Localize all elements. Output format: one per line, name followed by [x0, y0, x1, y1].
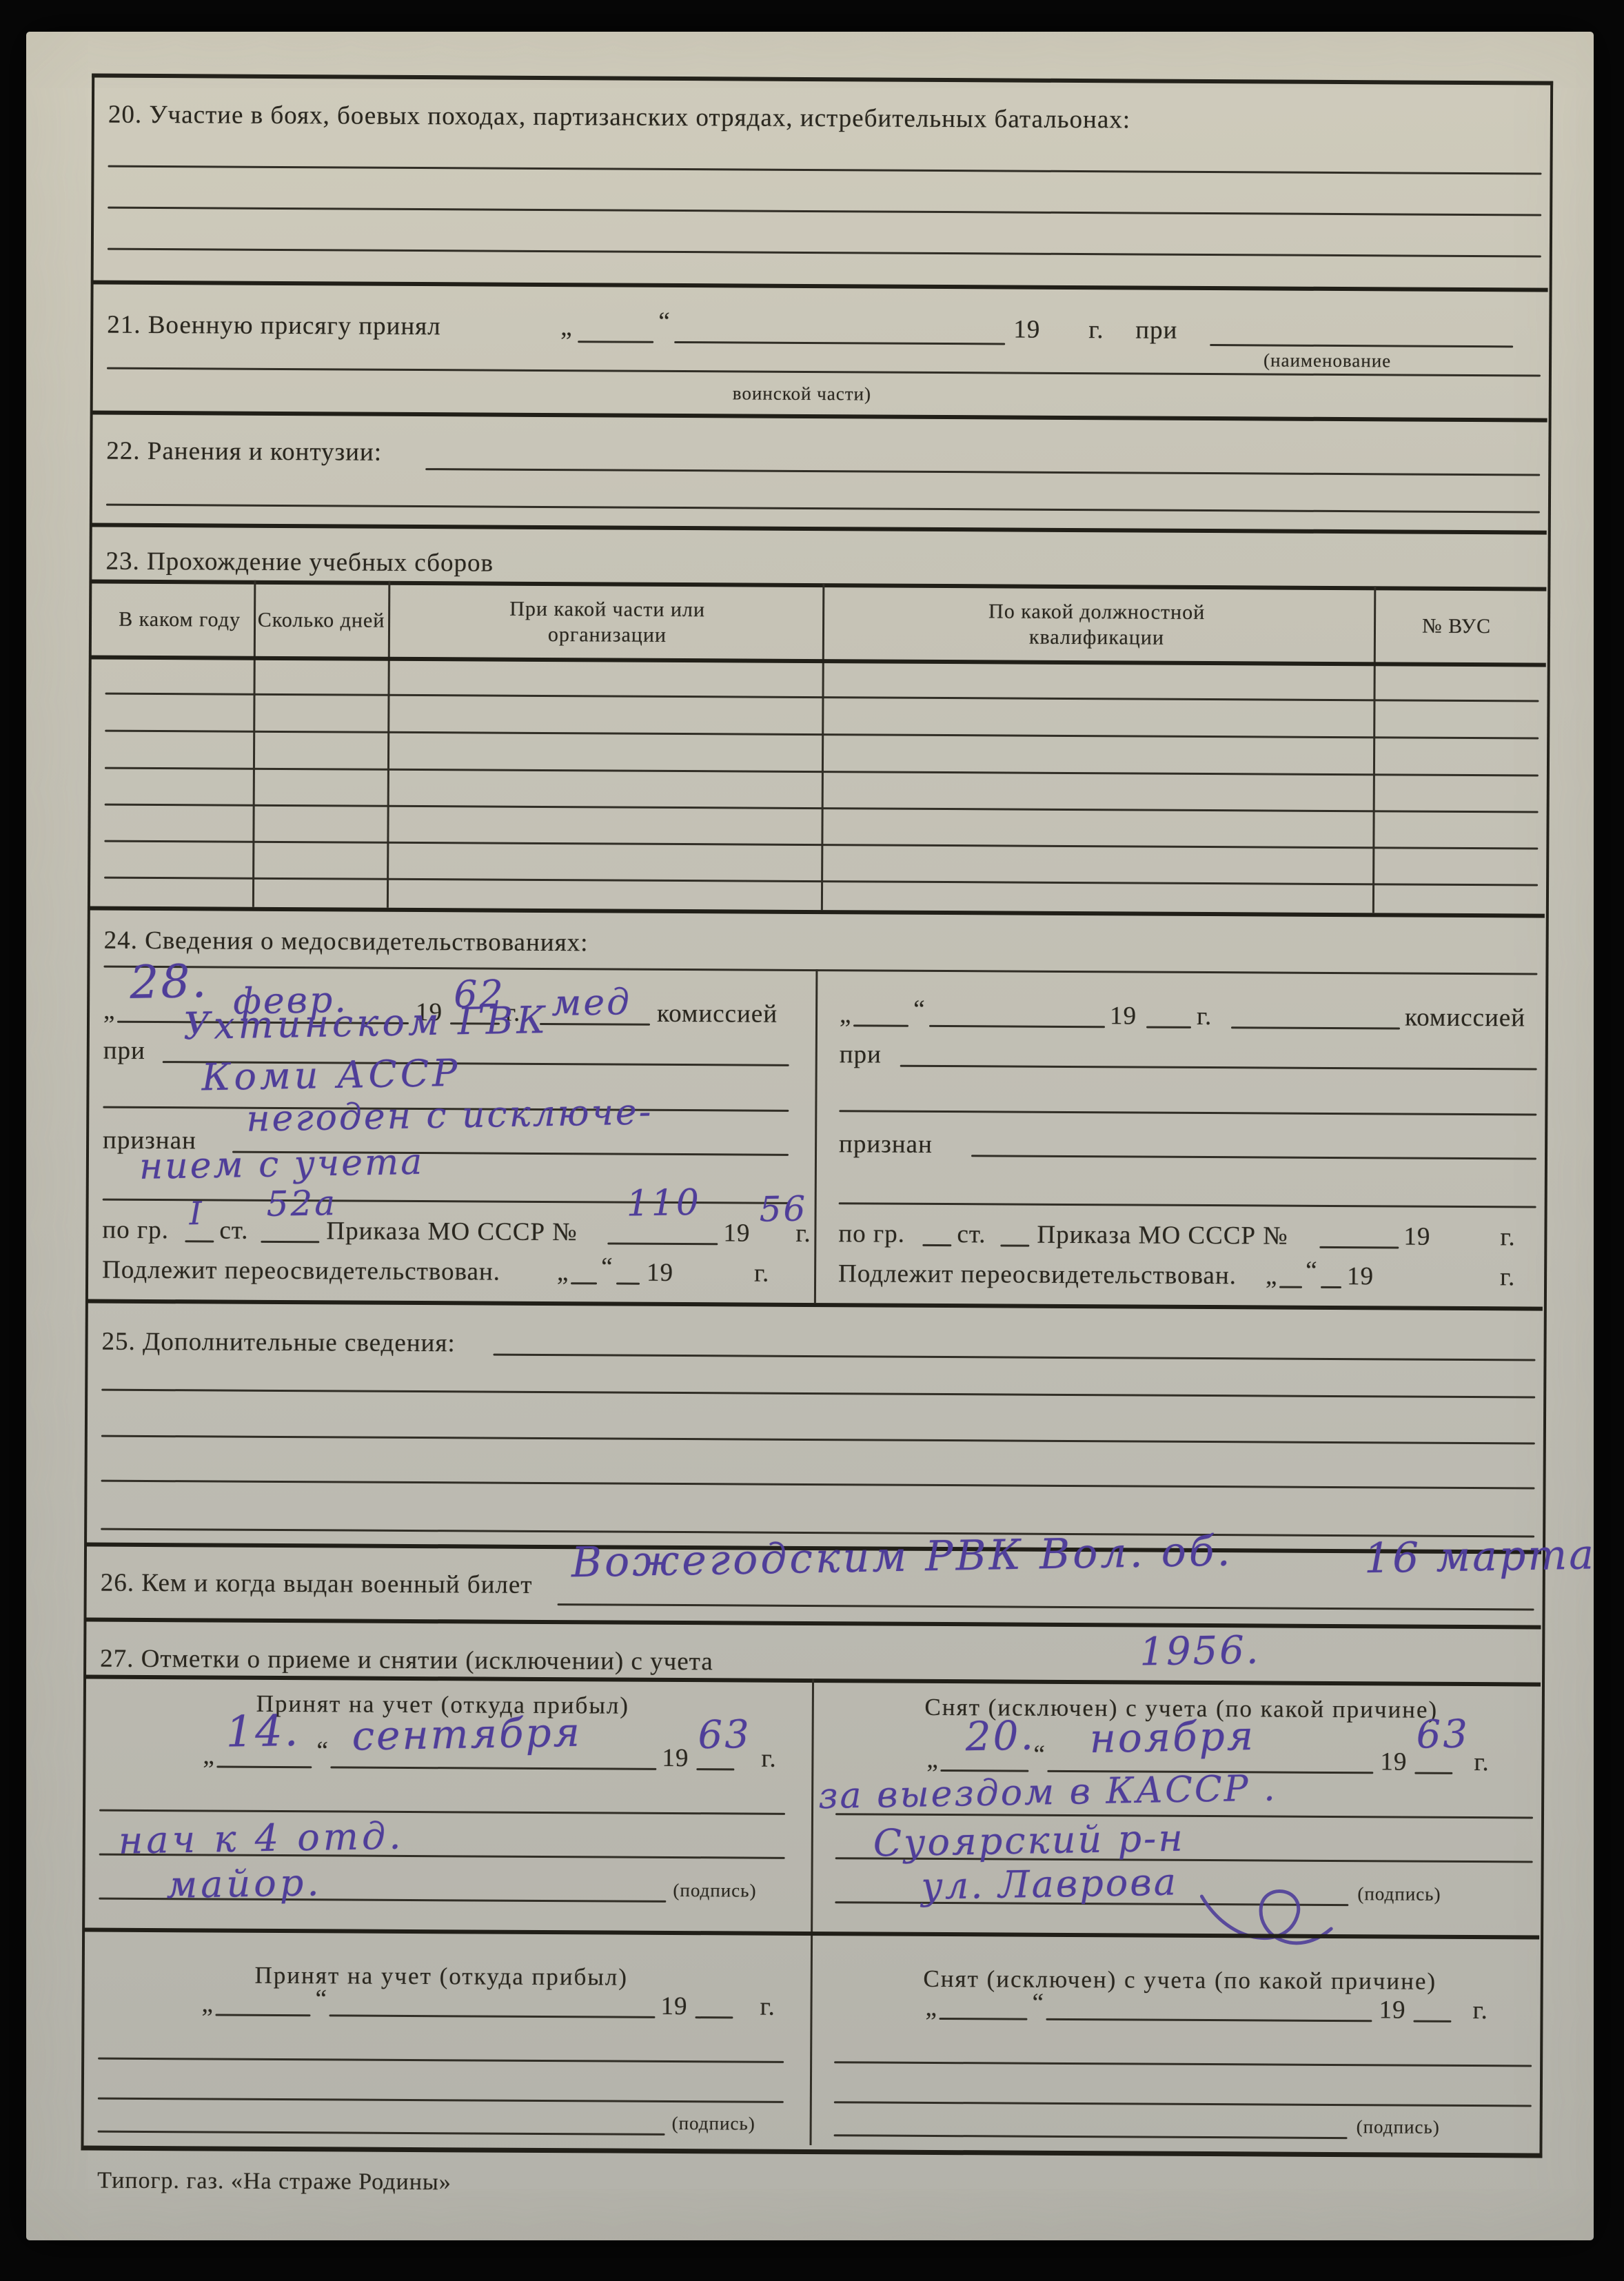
section-22-text: Ранения и контузии: [148, 437, 382, 467]
signature-flourish [1193, 1881, 1346, 1965]
section-23-title: 23. Прохождение учебных сборов [105, 547, 494, 578]
year-blank [695, 2016, 733, 2018]
column-header-vus: № ВУС [1374, 590, 1540, 662]
g-label: г. [795, 1219, 811, 1248]
handwritten-verdict-2: нием с учета [139, 1142, 424, 1188]
handwritten-accept-month: сентября [352, 1709, 582, 1760]
handwritten-remove-district: Суоярский р-н [873, 1816, 1185, 1865]
handwritten-group: I [189, 1195, 204, 1232]
open-quote: „ [840, 1000, 852, 1029]
handwritten-remove-street: ул. Лаврова [921, 1860, 1178, 1907]
note-naimenovanie: (наименование [1263, 349, 1391, 372]
printing-house-note: Типогр. газ. «На страже Родины» [97, 2168, 451, 2196]
open-quote: „ [557, 1257, 569, 1287]
section-24-title: 24. Сведения о медосвидетельствованиях: [104, 926, 589, 958]
handwritten-accept-official: нач к 4 отд. [118, 1814, 405, 1863]
form-content: 20. Участие в боях, боевых походах, парт… [20, 28, 1599, 2244]
section-24-text: Сведения о медосвидетельствованиях: [145, 926, 589, 957]
g-label: г. [1500, 1222, 1515, 1252]
section-22-title: 22. Ранения и контузии: [106, 436, 382, 467]
year-19: 19 [662, 1743, 689, 1773]
close-quote: “ [1306, 1256, 1318, 1286]
order-no-blank [1319, 1246, 1399, 1249]
form-paper-sheet: 20. Участие в боях, боевых походах, парт… [26, 32, 1594, 2240]
section-25-text: Дополнительные сведения: [143, 1328, 456, 1357]
pogr-label: по гр. [838, 1219, 905, 1249]
section-27-text: Отметки о приеме и снятии (исключении) с… [141, 1645, 713, 1676]
handwritten-remove-year: 63 [1416, 1712, 1470, 1757]
handwritten-order-no: 110 [626, 1182, 701, 1225]
priznan-label: признан [839, 1129, 933, 1159]
open-quote: „ [560, 312, 573, 342]
article-blank [1000, 1244, 1029, 1246]
year-blank [696, 1768, 734, 1770]
day-blank [571, 1282, 597, 1284]
handwritten-remove-reason: за выездом в КАССР . [818, 1767, 1278, 1817]
handwritten-accept-rank: майор. [166, 1861, 323, 1907]
close-quote: “ [601, 1252, 613, 1281]
day-blank [578, 341, 653, 343]
section-21-number: 21. [107, 311, 141, 339]
handwritten-commission-at2: Коми АССР [201, 1051, 461, 1099]
podpis-label: (подпись) [1357, 2116, 1440, 2138]
year-19: 19 [1380, 1747, 1407, 1776]
open-quote: „ [1266, 1261, 1278, 1290]
close-quote: “ [658, 307, 671, 336]
section-22-number: 22. [106, 437, 140, 465]
st-label: ст. [219, 1216, 248, 1246]
day-blank [853, 1024, 909, 1026]
section-20-text: Участие в боях, боевых походах, партизан… [149, 101, 1130, 134]
column-header-year: В каком году [105, 584, 254, 656]
open-quote: „ [925, 1993, 937, 2023]
section-23-text: Прохождение учебных сборов [147, 547, 494, 578]
podlezhit-label: Подлежит переосвидетельствован. [838, 1259, 1237, 1290]
komissiey-label: комиссией [657, 999, 778, 1029]
year-19: 19 [1347, 1261, 1374, 1291]
g-label: г. [1500, 1262, 1515, 1292]
handwritten-remove-day: 20. [965, 1712, 1035, 1760]
close-quote: “ [913, 995, 926, 1024]
g-label: г. [1088, 315, 1104, 345]
open-quote: „ [203, 1741, 215, 1770]
open-quote: „ [201, 1989, 214, 2018]
prikaz-label: Приказа МО СССР № [1037, 1220, 1288, 1251]
handwritten-day: 28. [130, 955, 209, 1009]
section-27-number: 27. [100, 1645, 134, 1673]
section-24-number: 24. [104, 926, 138, 955]
komissiey-label: комиссией [1405, 1003, 1525, 1033]
column-header-days: Сколько дней [256, 585, 387, 657]
group-blank [185, 1240, 214, 1242]
close-quote: “ [316, 1736, 329, 1765]
day-blank [1279, 1286, 1302, 1288]
close-quote: “ [315, 1984, 327, 2014]
pri-label: при [1135, 315, 1177, 345]
handwritten-issue-year: 1956. [1139, 1628, 1261, 1674]
pri-label: при [103, 1036, 145, 1066]
close-quote: “ [1032, 1988, 1044, 2018]
section-20-title: 20. Участие в боях, боевых походах, парт… [108, 100, 1130, 135]
open-quote: „ [103, 996, 116, 1026]
section-23-number: 23. [105, 547, 139, 576]
group-blank [922, 1244, 951, 1246]
year-19: 19 [1403, 1222, 1430, 1252]
year-blank [1146, 1026, 1191, 1028]
g-label: г. [1472, 1996, 1488, 2025]
year-19: 19 [1013, 315, 1040, 345]
year-blank [1413, 2020, 1451, 2023]
pogr-label: по гр. [102, 1215, 169, 1246]
month-blank [1321, 1286, 1341, 1288]
handwritten-med: мед [551, 982, 632, 1024]
year-blank [1414, 1772, 1452, 1774]
note-voinskoy-chasti: воинской части) [733, 383, 871, 405]
handwritten-commission-at: Ухтинском ГВК [183, 998, 549, 1048]
handwritten-accept-day: 14. [225, 1705, 301, 1757]
section-21-title: 21. Военную присягу принял [107, 310, 441, 342]
section-21-text: Военную присягу принял [148, 311, 441, 341]
month-blank [616, 1283, 640, 1285]
year-19: 19 [723, 1218, 750, 1248]
pri-label: при [840, 1040, 882, 1069]
section-25-title: 25. Дополнительные сведения: [101, 1327, 455, 1359]
year-19: 19 [1110, 1001, 1137, 1031]
podlezhit-label: Подлежит переосвидетельствован. [102, 1255, 500, 1287]
g-label: г. [1197, 1002, 1212, 1031]
section-26-text: Кем и когда выдан военный билет [141, 1569, 532, 1599]
column-header-qualification: По какой должностной квалификации [931, 588, 1263, 662]
handwritten-issue-date: 16 марта [1363, 1530, 1596, 1583]
handwritten-remove-month: ноября [1089, 1712, 1256, 1762]
column-header-unit: При какой части или организации [463, 585, 753, 658]
section-26-number: 26. [101, 1569, 134, 1597]
year-19: 19 [1379, 1995, 1405, 2025]
section-25-number: 25. [101, 1328, 135, 1356]
open-quote: „ [926, 1745, 939, 1774]
handwritten-accept-year: 63 [698, 1712, 751, 1758]
podpis-label: (подпись) [672, 2113, 755, 2135]
scanned-military-form-page: { "doc": { "s20_num": "20.", "s20_title"… [0, 0, 1624, 2281]
g-label: г. [754, 1259, 769, 1288]
section-20-number: 20. [108, 101, 142, 129]
section-26-title: 26. Кем и когда выдан военный билет [101, 1568, 533, 1600]
section-27-title: 27. Отметки о приеме и снятии (исключени… [100, 1644, 713, 1677]
st-label: ст. [957, 1219, 986, 1249]
podpis-label: (подпись) [1357, 1883, 1441, 1905]
podpis-label: (подпись) [673, 1880, 756, 1902]
g-label: г. [761, 1744, 776, 1774]
g-label: г. [1474, 1747, 1489, 1777]
handwritten-verdict-1: негоден с исключе- [246, 1091, 653, 1139]
year-19: 19 [660, 1991, 687, 2021]
prikaz-label: Приказа МО СССР № [326, 1216, 577, 1247]
article-blank [261, 1241, 319, 1243]
year-19: 19 [647, 1258, 673, 1288]
g-label: г. [760, 1992, 775, 2022]
